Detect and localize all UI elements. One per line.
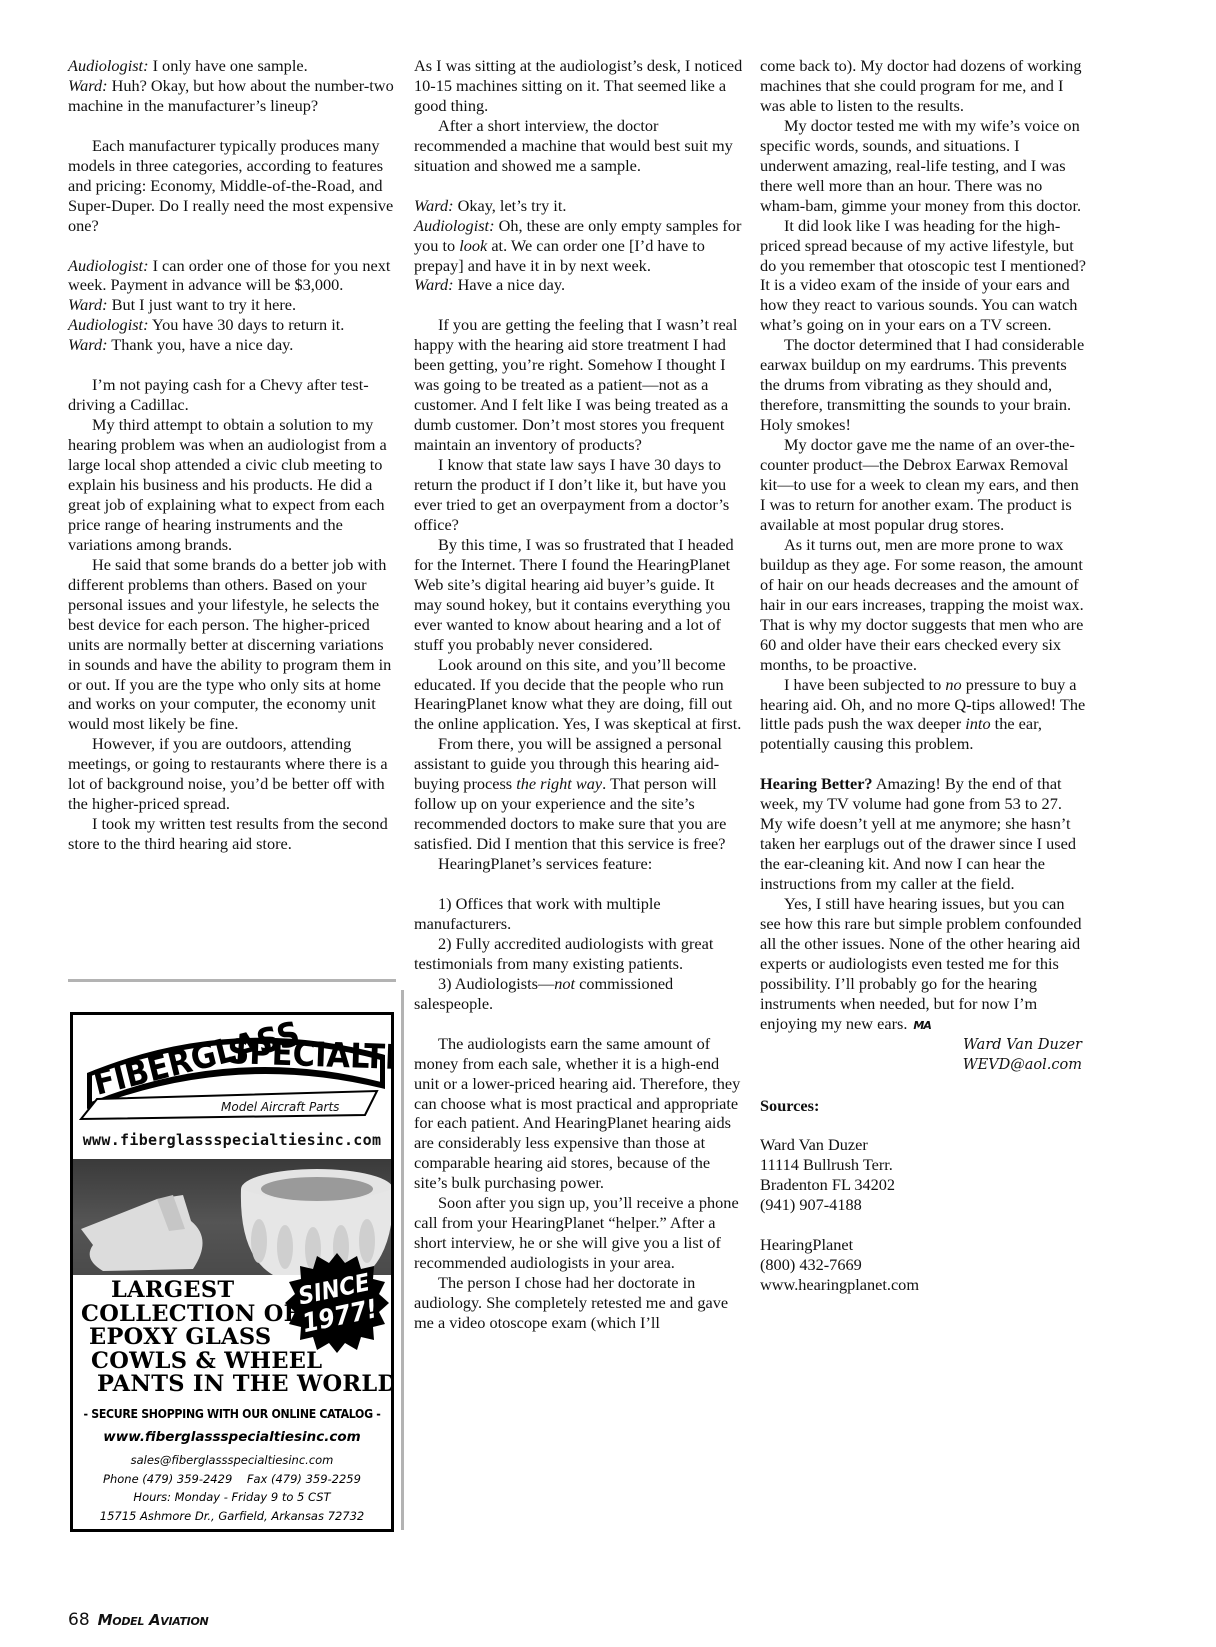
speaker-label: Audiologist: <box>68 56 149 75</box>
speaker-label: Audiologist: <box>414 216 495 235</box>
article-column-1: Audiologist: I only have one sample. War… <box>68 56 394 854</box>
ad-hours: Hours: Monday - Friday 9 to 5 CST <box>73 1488 391 1507</box>
ad-phone-fax: Phone (479) 359-2429 Fax (479) 359-2259 <box>73 1470 391 1489</box>
author-email[interactable]: WEVD@aol.com <box>760 1056 1088 1076</box>
speaker-label: Audiologist: <box>68 315 149 334</box>
paragraph: I’m not paying cash for a Chevy after te… <box>68 375 394 415</box>
paragraph: It did look like I was heading for the h… <box>760 216 1088 336</box>
paragraph: However, if you are outdoors, attending … <box>68 734 394 814</box>
paragraph: From there, you will be assigned a perso… <box>414 734 744 854</box>
end-mark-icon: MA <box>913 1019 930 1032</box>
source-hearingplanet: HearingPlanet (800) 432-7669 www.hearing… <box>760 1235 1088 1295</box>
hearingplanet-website-link[interactable]: www.hearingplanet.com <box>760 1275 1088 1295</box>
article-column-2: As I was sitting at the audiologist’s de… <box>414 56 744 1333</box>
page-footer: 68Model Aviation <box>68 1610 208 1630</box>
paragraph: The doctor determined that I had conside… <box>760 335 1088 435</box>
paragraph: I took my written test results from the … <box>68 814 394 854</box>
paragraph: I know that state law says I have 30 day… <box>414 455 744 535</box>
dialog-line: Audiologist: I can order one of those fo… <box>68 256 394 296</box>
paragraph: He said that some brands do a better job… <box>68 555 394 735</box>
advertisement-fiberglass-specialties[interactable]: FIBERGLASS SPECIALTIES Model Aircraft Pa… <box>70 1012 394 1532</box>
subhead: Hearing Better? <box>760 774 873 793</box>
speaker-label: Audiologist: <box>68 256 149 275</box>
feature-list-item: 3) Audiologists—not commissioned salespe… <box>414 974 744 1014</box>
paragraph: Soon after you sign up, you’ll receive a… <box>414 1193 744 1273</box>
dialog-line: Ward: Thank you, have a nice day. <box>68 335 394 355</box>
paragraph: As I was sitting at the audiologist’s de… <box>414 56 744 116</box>
paragraph: The person I chose had her doctorate in … <box>414 1273 744 1333</box>
dialog-line: Ward: But I just want to try it here. <box>68 295 394 315</box>
dialog-line: Audiologist: You have 30 days to return … <box>68 315 394 335</box>
dialog-line: Ward: Have a nice day. <box>414 275 744 295</box>
paragraph: My third attempt to obtain a solution to… <box>68 415 394 555</box>
ad-website-link[interactable]: www.fiberglassspecialtiesinc.com <box>73 1429 391 1445</box>
speaker-label: Ward: <box>414 196 454 215</box>
paragraph: come back to). My doctor had dozens of w… <box>760 56 1088 116</box>
column-divider-horizontal <box>68 979 396 982</box>
sources-heading: Sources: <box>760 1096 1088 1116</box>
column-divider-vertical <box>401 990 404 1530</box>
paragraph: After a short interview, the doctor reco… <box>414 116 744 176</box>
paragraph: Hearing Better? Amazing! By the end of t… <box>760 774 1088 894</box>
svg-text:Model Aircraft Parts: Model Aircraft Parts <box>221 1100 339 1114</box>
speaker-label: Ward: <box>68 76 108 95</box>
dialog-line: Ward: Huh? Okay, but how about the numbe… <box>68 76 394 116</box>
paragraph: I have been subjected to no pressure to … <box>760 675 1088 755</box>
ad-website-header[interactable]: www.fiberglassspecialtiesinc.com <box>73 1131 391 1149</box>
author-name: Ward Van Duzer <box>760 1036 1088 1056</box>
paragraph: Yes, I still have hearing issues, but yo… <box>760 894 1088 1036</box>
fiberglass-specialties-logo: FIBERGLASS SPECIALTIES Model Aircraft Pa… <box>73 1015 391 1123</box>
paragraph: The audiologists earn the same amount of… <box>414 1034 744 1194</box>
paragraph: My doctor gave me the name of an over-th… <box>760 435 1088 535</box>
article-column-3: come back to). My doctor had dozens of w… <box>760 56 1088 1295</box>
speaker-label: Ward: <box>414 275 454 294</box>
ad-catalog-line: - SECURE SHOPPING WITH OUR ONLINE CATALO… <box>73 1407 391 1421</box>
since-1977-starburst-badge: SINCE 1977! <box>285 1251 389 1355</box>
source-ward-van-duzer: Ward Van Duzer 11114 Bullrush Terr. Brad… <box>760 1135 1088 1215</box>
paragraph: Each manufacturer typically produces man… <box>68 136 394 236</box>
feature-list-item: 2) Fully accredited audiologists with gr… <box>414 934 744 974</box>
paragraph: By this time, I was so frustrated that I… <box>414 535 744 655</box>
dialog-line: Ward: Okay, let’s try it. <box>414 196 744 216</box>
svg-text:SPECIALTIES: SPECIALTIES <box>227 1032 391 1079</box>
dialog-line: Audiologist: Oh, these are only empty sa… <box>414 216 744 276</box>
magazine-name: Model Aviation <box>98 1611 209 1629</box>
paragraph: Look around on this site, and you’ll bec… <box>414 655 744 735</box>
ad-contact-info: sales@fiberglassspecialtiesinc.com Phone… <box>73 1451 391 1525</box>
paragraph: As it turns out, men are more prone to w… <box>760 535 1088 675</box>
paragraph: HearingPlanet’s services feature: <box>414 854 744 874</box>
paragraph: If you are getting the feeling that I wa… <box>414 315 744 455</box>
page-number: 68 <box>68 1610 90 1630</box>
speaker-label: Ward: <box>68 295 108 314</box>
feature-list-item: 1) Offices that work with multiple manuf… <box>414 894 744 934</box>
ad-address: 15715 Ashmore Dr., Garfield, Arkansas 72… <box>73 1507 391 1526</box>
ad-email[interactable]: sales@fiberglassspecialtiesinc.com <box>73 1451 391 1470</box>
dialog-line: Audiologist: I only have one sample. <box>68 56 394 76</box>
speaker-label: Ward: <box>68 335 108 354</box>
paragraph: My doctor tested me with my wife’s voice… <box>760 116 1088 216</box>
